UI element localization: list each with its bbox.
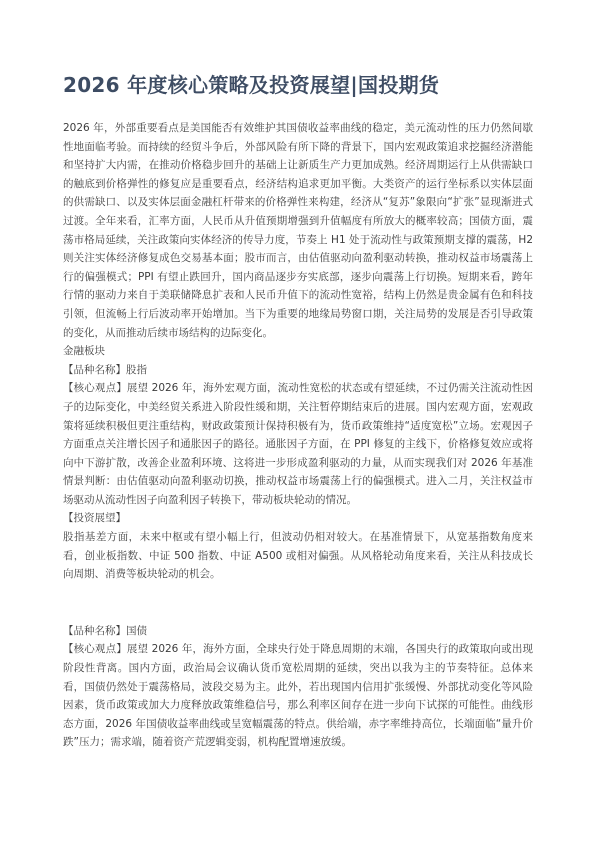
investment-outlook-label: 【投资展望】 [63, 509, 533, 528]
product-name-label: 【品种名称】股指 [63, 361, 533, 380]
stock-index-block: 【品种名称】股指 【核心观点】展望 2026 年，海外宏观方面，流动性宽松的状态… [63, 361, 533, 584]
product-name-label: 【品种名称】国债 [63, 622, 533, 641]
bonds-block: 【品种名称】国债 【核心观点】展望 2026 年，海外方面，全球央行处于降息周期… [63, 622, 533, 752]
intro-paragraph: 2026 年，外部重要看点是美国能否有效维护其国债收益率曲线的稳定，美元流动性的… [63, 119, 533, 342]
section-heading-financial: 金融板块 [63, 342, 533, 361]
bonds-core-view: 【核心观点】展望 2026 年，海外方面，全球央行处于降息周期的末端，各国央行的… [63, 640, 533, 752]
document-page: 2026 年度核心策略及投资展望|国投期货 2026 年，外部重要看点是美国能否… [0, 0, 595, 841]
stock-index-core-view: 【核心观点】展望 2026 年，海外宏观方面，流动性宽松的状态或有望延续，不过仍… [63, 379, 533, 509]
page-title: 2026 年度核心策略及投资展望|国投期货 [63, 72, 533, 98]
stock-index-outlook: 股指基差方面，未来中枢或有望小幅上行，但波动仍相对较大。在基准情景下，从宽基指数… [63, 528, 533, 584]
